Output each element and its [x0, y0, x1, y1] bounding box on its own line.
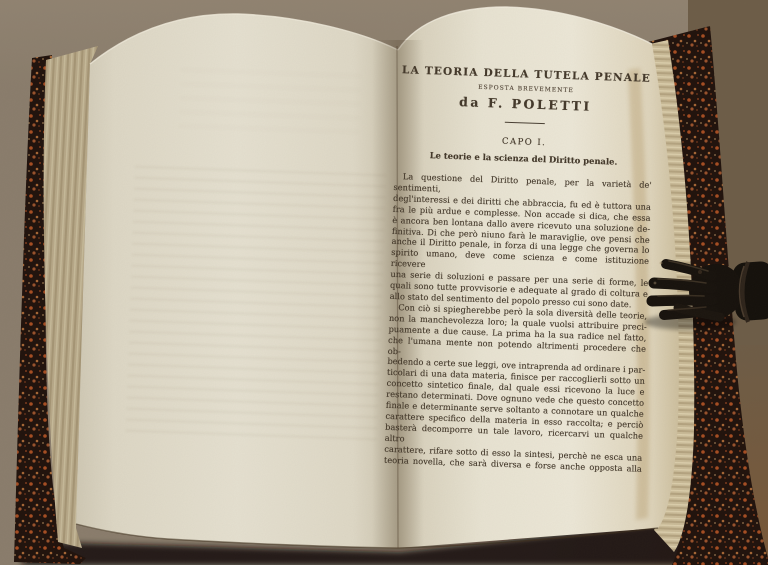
section-heading: Le teorie e la scienza del Diritto penal… [394, 149, 652, 168]
divider-rule [505, 122, 545, 124]
photo-of-open-book: LA TEORIA DELLA TUTELA PENALE ESPOSTA BR… [0, 0, 768, 565]
body-text: La questione del Diritto penale, per la … [384, 171, 652, 474]
chapter-heading: CAPO I. [395, 133, 653, 152]
printed-page: LA TEORIA DELLA TUTELA PENALE ESPOSTA BR… [384, 58, 656, 474]
left-page-ghost-text [125, 164, 386, 441]
left-page-ghost-text-upper [179, 67, 361, 133]
